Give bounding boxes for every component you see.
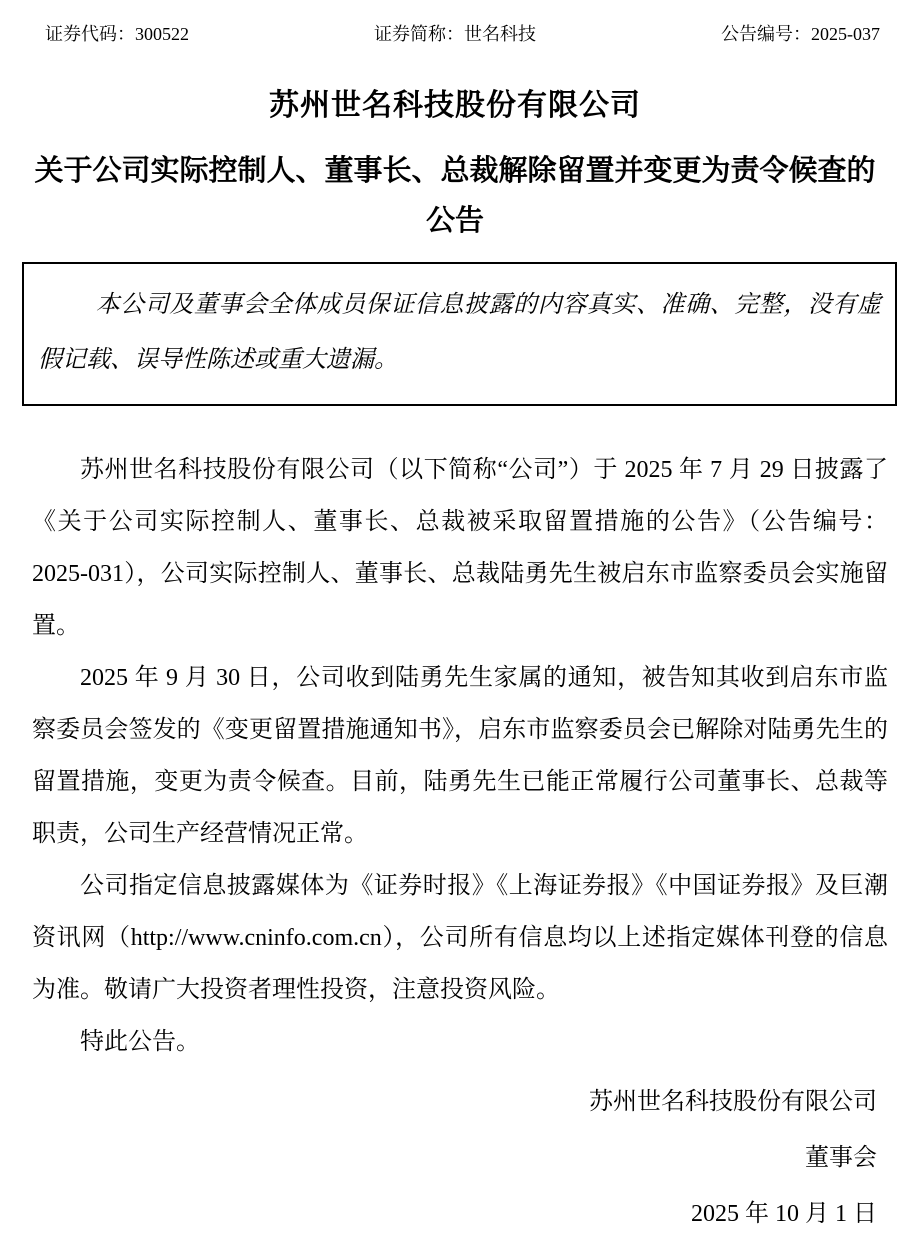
signature-company: 苏州世名科技股份有限公司 bbox=[0, 1074, 877, 1130]
stock-code: 证券代码：300522 bbox=[45, 22, 189, 46]
announcement-body: 苏州世名科技股份有限公司（以下简称“公司”）于 2025 年 7 月 29 日披… bbox=[32, 444, 888, 1068]
signature-board: 董事会 bbox=[0, 1130, 877, 1186]
board-declaration-box: 本公司及董事会全体成员保证信息披露的内容真实、准确、完整，没有虚假记载、误导性陈… bbox=[22, 262, 897, 406]
body-paragraph-measure-change: 2025 年 9 月 30 日，公司收到陆勇先生家属的通知，被告知其收到启东市监… bbox=[32, 652, 888, 860]
closing-statement: 特此公告。 bbox=[32, 1016, 888, 1068]
document-header: 证券代码：300522 证券简称：世名科技 公告编号：2025-037 bbox=[0, 0, 910, 46]
announcement-subject-title: 关于公司实际控制人、董事长、总裁解除留置并变更为责令候查的公告 bbox=[32, 146, 878, 246]
signature-block: 苏州世名科技股份有限公司 董事会 2025 年 10 月 1 日 bbox=[0, 1074, 877, 1238]
body-paragraph-designated-media: 公司指定信息披露媒体为《证券时报》《上海证券报》《中国证券报》及巨潮资讯网（ht… bbox=[32, 860, 888, 1016]
body-paragraph-disclosure-history: 苏州世名科技股份有限公司（以下简称“公司”）于 2025 年 7 月 29 日披… bbox=[32, 444, 888, 652]
company-title: 苏州世名科技股份有限公司 bbox=[0, 86, 910, 126]
announcement-document: 证券代码：300522 证券简称：世名科技 公告编号：2025-037 苏州世名… bbox=[0, 0, 910, 1238]
board-declaration-text: 本公司及董事会全体成员保证信息披露的内容真实、准确、完整，没有虚假记载、误导性陈… bbox=[38, 292, 881, 373]
announcement-number: 公告编号：2025-037 bbox=[721, 22, 880, 46]
stock-short-name: 证券简称：世名科技 bbox=[374, 22, 536, 46]
signature-date: 2025 年 10 月 1 日 bbox=[0, 1186, 877, 1238]
